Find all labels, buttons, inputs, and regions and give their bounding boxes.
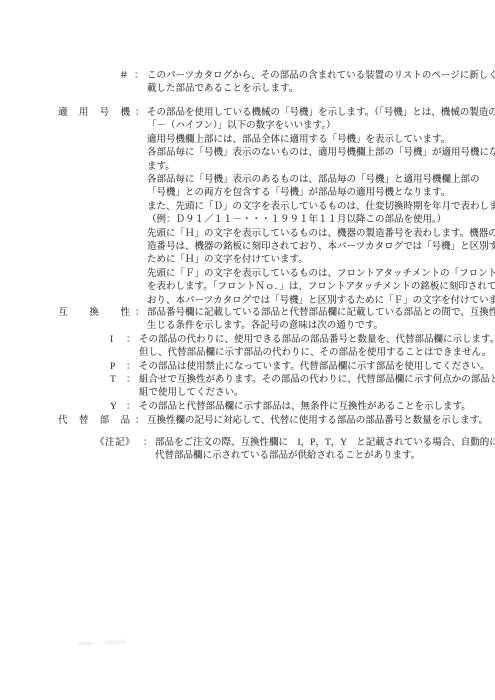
section-body: 部品をご注文の際、互換性欄に I，P，T，Y と記載されている場合、自動的に 代… (155, 437, 469, 464)
code-symbol: Y (110, 401, 117, 414)
code-row-t: T ： 組合せで互換性があります。その部品の代わりに、代替部品欄に示す何点かの部… (139, 374, 463, 401)
colon-separator: ： (143, 437, 153, 450)
colon-separator: ： (134, 70, 144, 83)
section-label: 互換性 (58, 307, 130, 320)
colon-separator: ： (135, 107, 145, 120)
section-body: その部品を使用している機械の「号機」を示します。（「号機」とは、機械の製造の 「… (147, 107, 463, 308)
section-remarks: 《注記》 ： 部品をご注文の際、互換性欄に I，P，T，Y と記載されている場合… (95, 437, 470, 464)
hash-note-body: このパーツカタログから、その部品の含まれている装置のリストのページに新しく記 載… (147, 70, 467, 97)
colon-separator: ： (135, 307, 145, 320)
text-line: ために「Ｈ」の文字を付けています。 (147, 254, 463, 267)
text-line: 代替部品欄に示されている部品が供給されることがあります。 (155, 450, 469, 463)
text-line: 「－（ハイフン）」以下の数字をいいます。） (147, 120, 463, 133)
section-applicable-serial: 適用号機 ： その部品を使用している機械の「号機」を示します。（「号機」とは、機… (58, 107, 470, 308)
text-line: 各部品毎に「号機」表示のないものは、適用号機欄上部の「号機」が適用号機になり (147, 147, 463, 160)
text-line: 「号機」との両方を包含する「号機」が部品毎の適用号機となります。 (147, 187, 463, 200)
text-line: 適用号機欄上部には、部品全体に適用する「号機」を表示しています。 (147, 134, 463, 147)
section-body: 部品番号欄に記載している部品と代替部品欄に記載している部品との間で、互換性の 生… (147, 307, 463, 414)
section-interchangeability: 互換性 ： 部品番号欄に記載している部品と代替部品欄に記載している部品との間で、… (58, 307, 470, 414)
text-line: 但し、代替部品欄に示す部品の代わりに、その部品を使用することはできません。 (139, 347, 463, 360)
scanned-document-page: ＃ ： このパーツカタログから、その部品の含まれている装置のリストのページに新し… (0, 0, 495, 700)
text-line: 部品番号欄に記載している部品と代替部品欄に記載している部品との間で、互換性の (147, 307, 463, 320)
text-line: 載した部品であることを示します。 (147, 83, 467, 96)
code-symbol: T (110, 374, 116, 387)
hash-marker-note: ＃ ： このパーツカタログから、その部品の含まれている装置のリストのページに新し… (119, 70, 469, 97)
text-line: 各部品毎に「号機」表示のあるものは、部品毎の「号機」と適用号機欄上部の (147, 174, 463, 187)
text-line: このパーツカタログから、その部品の含まれている装置のリストのページに新しく記 (147, 70, 467, 83)
text-line: 部品をご注文の際、互換性欄に I，P，T，Y と記載されている場合、自動的に (155, 437, 469, 450)
text-line: ます。 (147, 161, 463, 174)
text-line: その部品の代わりに、使用できる部品の部品番号と数量を、代替部品欄に示します。 (139, 334, 463, 347)
text-line: 先頭に「Ｆ」の文字を表示しているものは、フロントアタッチメントの「フロントＮＯ．… (147, 268, 463, 281)
colon-separator: ： (126, 361, 136, 374)
text-line: その部品と代替部品欄に示す部品は、無条件に互換性があることを示します。 (139, 401, 463, 414)
code-row-p: P ： その部品は使用禁止になっています。代替部品欄に示す部品を使用してください… (139, 361, 463, 374)
section-label: 《注記》 (95, 437, 135, 450)
text-line: （例：Ｄ９１／１１－・・・１９９１年１１月以降この部品を使用。） (147, 214, 463, 227)
section-substitute-parts: 代替部品 ： 互換性欄の記号に対応して、代替に使用する部品の部品番号と数量を示し… (58, 415, 470, 428)
text-line: 生じる条件を示します。各記号の意味は次の通りです。 (147, 320, 463, 333)
text-line: を表わします。「フロントＮｏ．」は、フロントアタッチメントの銘板に刻印されて (147, 281, 463, 294)
code-row-y: Y ： その部品と代替部品欄に示す部品は、無条件に互換性があることを示します。 (139, 401, 463, 414)
colon-separator: ： (126, 374, 136, 387)
text-line: 造番号は、機器の銘板に刻印されており、本パーツカタログでは「号機」と区別する (147, 241, 463, 254)
hash-symbol: ＃ (119, 70, 129, 83)
scan-smudge (78, 642, 94, 645)
text-line: 組で使用してください。 (139, 387, 463, 400)
text-line: 互換性欄の記号に対応して、代替に使用する部品の部品番号と数量を示します。 (147, 415, 463, 428)
colon-separator: ： (135, 415, 145, 428)
code-symbol: P (110, 361, 115, 374)
text-line: 組合せで互換性があります。その部品の代わりに、代替部品欄に示す何点かの部品と (139, 374, 463, 387)
text-line: その部品を使用している機械の「号機」を示します。（「号機」とは、機械の製造の (147, 107, 463, 120)
colon-separator: ： (126, 334, 136, 347)
section-body: 互換性欄の記号に対応して、代替に使用する部品の部品番号と数量を示します。 (147, 415, 463, 428)
section-label: 適用号機 (58, 107, 130, 120)
colon-separator: ： (126, 401, 136, 414)
text-line: その部品は使用禁止になっています。代替部品欄に示す部品を使用してください。 (139, 361, 463, 374)
section-label: 代替部品 (58, 415, 130, 428)
code-row-i: I ： その部品の代わりに、使用できる部品の部品番号と数量を、代替部品欄に示しま… (139, 334, 463, 361)
text-line: 先頭に「Ｈ」の文字を表示しているものは、機器の製造番号を表わします。機器の製 (147, 228, 463, 241)
scan-smudge (104, 640, 126, 644)
text-line: また、先頭に「Ｄ」の文字を表示しているものは、仕変切換時期を年月で表わします。 (147, 201, 463, 214)
code-symbol: I (110, 334, 113, 347)
